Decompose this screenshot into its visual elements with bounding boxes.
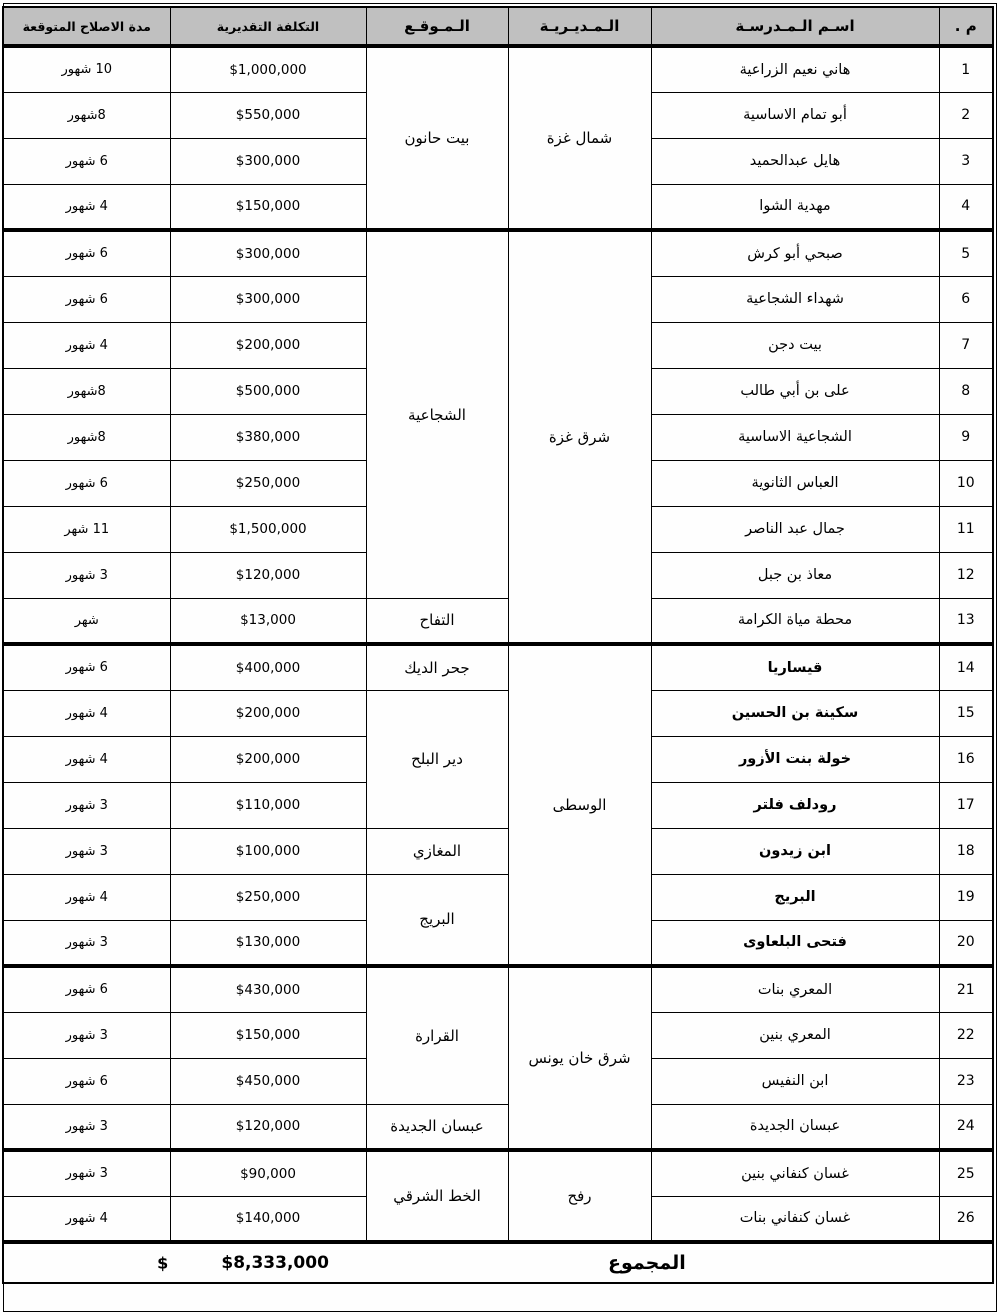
repair-duration-cell: 4 شهور bbox=[3, 874, 170, 920]
row-number-cell: 23 bbox=[939, 1058, 993, 1104]
school-name-cell: جمال عبد الناصر bbox=[651, 506, 939, 552]
estimated-cost-cell: $430,000 bbox=[170, 966, 366, 1012]
row-number-cell: 20 bbox=[939, 920, 993, 966]
estimated-cost-cell: $90,000 bbox=[170, 1150, 366, 1196]
directorate-cell: الوسطى bbox=[508, 644, 651, 966]
estimated-cost-cell: $120,000 bbox=[170, 1104, 366, 1150]
repair-duration-cell: 6 شهور bbox=[3, 230, 170, 276]
directorate-cell: شرق غزة bbox=[508, 230, 651, 644]
row-number-cell: 2 bbox=[939, 92, 993, 138]
directorate-cell: شرق خان يونس bbox=[508, 966, 651, 1150]
row-number-cell: 21 bbox=[939, 966, 993, 1012]
row-number-cell: 25 bbox=[939, 1150, 993, 1196]
estimated-cost-cell: $200,000 bbox=[170, 690, 366, 736]
repair-duration-cell: 3 شهور bbox=[3, 1012, 170, 1058]
estimated-cost-cell: $130,000 bbox=[170, 920, 366, 966]
repair-duration-cell: 6 شهور bbox=[3, 276, 170, 322]
estimated-cost-cell: $100,000 bbox=[170, 828, 366, 874]
school-name-cell: هايل عبدالحميد bbox=[651, 138, 939, 184]
header-repair-duration: مدة الاصلاح المتوقعة bbox=[3, 7, 170, 46]
table-row: 25غسان كنفاني بنينرفحالخط الشرقي$90,0003… bbox=[3, 1150, 993, 1196]
school-name-cell: أبو تمام الاساسية bbox=[651, 92, 939, 138]
repair-duration-cell: 6 شهور bbox=[3, 644, 170, 690]
estimated-cost-cell: $300,000 bbox=[170, 230, 366, 276]
school-name-cell: بيت دجن bbox=[651, 322, 939, 368]
repair-duration-cell: شهر bbox=[3, 598, 170, 644]
totals-cell: المجموع $8,333,000 $ bbox=[3, 1242, 993, 1283]
table-row: 1هاني نعيم الزراعيةشمال غزةبيت حانون$1,0… bbox=[3, 46, 993, 92]
estimated-cost-cell: $120,000 bbox=[170, 552, 366, 598]
row-number-cell: 9 bbox=[939, 414, 993, 460]
header-directorate: الـمـديـريـة bbox=[508, 7, 651, 46]
estimated-cost-cell: $140,000 bbox=[170, 1196, 366, 1242]
header-location: الـمـوقـع bbox=[366, 7, 508, 46]
school-name-cell: صبحي أبو كرش bbox=[651, 230, 939, 276]
location-cell: دير البلح bbox=[366, 690, 508, 828]
totals-amount: $8,333,000 bbox=[221, 1253, 329, 1273]
school-name-cell: الشجاعية الاساسية bbox=[651, 414, 939, 460]
totals-label: المجموع bbox=[608, 1252, 686, 1274]
estimated-cost-cell: $400,000 bbox=[170, 644, 366, 690]
school-name-cell: مهدية الشوا bbox=[651, 184, 939, 230]
repair-duration-cell: 6 شهور bbox=[3, 138, 170, 184]
row-number-cell: 26 bbox=[939, 1196, 993, 1242]
row-number-cell: 13 bbox=[939, 598, 993, 644]
location-cell: بيت حانون bbox=[366, 46, 508, 230]
totals-currency-sign: $ bbox=[157, 1254, 168, 1273]
header-estimated-cost: التكلفة التقديرية bbox=[170, 7, 366, 46]
repair-duration-cell: 4 شهور bbox=[3, 184, 170, 230]
table-row: 24عبسان الجديدةعبسان الجديدة$120,0003 شه… bbox=[3, 1104, 993, 1150]
estimated-cost-cell: $13,000 bbox=[170, 598, 366, 644]
row-number-cell: 16 bbox=[939, 736, 993, 782]
totals-row: المجموع $8,333,000 $ bbox=[3, 1242, 993, 1283]
estimated-cost-cell: $250,000 bbox=[170, 460, 366, 506]
repair-duration-cell: 3 شهور bbox=[3, 828, 170, 874]
estimated-cost-cell: $200,000 bbox=[170, 322, 366, 368]
school-name-cell: محطة مياة الكرامة bbox=[651, 598, 939, 644]
repair-duration-cell: 3 شهور bbox=[3, 1104, 170, 1150]
repair-duration-cell: 10 شهور bbox=[3, 46, 170, 92]
location-cell: جحر الديك bbox=[366, 644, 508, 690]
repair-duration-cell: 3 شهور bbox=[3, 552, 170, 598]
school-name-cell: ابن النفيس bbox=[651, 1058, 939, 1104]
repair-duration-cell: 4 شهور bbox=[3, 1196, 170, 1242]
repair-duration-cell: 8شهور bbox=[3, 92, 170, 138]
repair-duration-cell: 3 شهور bbox=[3, 920, 170, 966]
repair-duration-cell: 4 شهور bbox=[3, 736, 170, 782]
row-number-cell: 1 bbox=[939, 46, 993, 92]
school-name-cell: المعري بنات bbox=[651, 966, 939, 1012]
repair-duration-cell: 8شهور bbox=[3, 368, 170, 414]
estimated-cost-cell: $150,000 bbox=[170, 1012, 366, 1058]
estimated-cost-cell: $250,000 bbox=[170, 874, 366, 920]
row-number-cell: 5 bbox=[939, 230, 993, 276]
table-row: 13محطة مياة الكرامةالتفاح$13,000شهر bbox=[3, 598, 993, 644]
school-name-cell: رودلف فلتر bbox=[651, 782, 939, 828]
repair-duration-cell: 3 شهور bbox=[3, 1150, 170, 1196]
estimated-cost-cell: $550,000 bbox=[170, 92, 366, 138]
schools-damage-report-page: م . اسـم الـمـدرسـة الـمـديـريـة الـمـوق… bbox=[0, 0, 1000, 1315]
repair-duration-cell: 8شهور bbox=[3, 414, 170, 460]
location-cell: القرارة bbox=[366, 966, 508, 1104]
row-number-cell: 12 bbox=[939, 552, 993, 598]
school-name-cell: على بن أبي طالب bbox=[651, 368, 939, 414]
school-name-cell: هاني نعيم الزراعية bbox=[651, 46, 939, 92]
row-number-cell: 11 bbox=[939, 506, 993, 552]
school-name-cell: ابن زيدون bbox=[651, 828, 939, 874]
school-name-cell: عبسان الجديدة bbox=[651, 1104, 939, 1150]
school-name-cell: البريج bbox=[651, 874, 939, 920]
row-number-cell: 3 bbox=[939, 138, 993, 184]
estimated-cost-cell: $1,500,000 bbox=[170, 506, 366, 552]
row-number-cell: 4 bbox=[939, 184, 993, 230]
location-cell: المغازي bbox=[366, 828, 508, 874]
row-number-cell: 14 bbox=[939, 644, 993, 690]
row-number-cell: 18 bbox=[939, 828, 993, 874]
row-number-cell: 15 bbox=[939, 690, 993, 736]
table-row: 5صبحي أبو كرششرق غزةالشجاعية$300,0006 شه… bbox=[3, 230, 993, 276]
table-outer-frame: م . اسـم الـمـدرسـة الـمـديـريـة الـمـوق… bbox=[3, 3, 997, 1312]
estimated-cost-cell: $200,000 bbox=[170, 736, 366, 782]
table-row: 15سكينة بن الحسيندير البلح$200,0004 شهور bbox=[3, 690, 993, 736]
location-cell: البريج bbox=[366, 874, 508, 966]
estimated-cost-cell: $300,000 bbox=[170, 138, 366, 184]
row-number-cell: 8 bbox=[939, 368, 993, 414]
row-number-cell: 22 bbox=[939, 1012, 993, 1058]
header-school-name: اسـم الـمـدرسـة bbox=[651, 7, 939, 46]
estimated-cost-cell: $500,000 bbox=[170, 368, 366, 414]
estimated-cost-cell: $380,000 bbox=[170, 414, 366, 460]
repair-duration-cell: 6 شهور bbox=[3, 966, 170, 1012]
school-name-cell: قيساريا bbox=[651, 644, 939, 690]
repair-duration-cell: 4 شهور bbox=[3, 322, 170, 368]
estimated-cost-cell: $450,000 bbox=[170, 1058, 366, 1104]
table-row: 19البريجالبريج$250,0004 شهور bbox=[3, 874, 993, 920]
location-cell: التفاح bbox=[366, 598, 508, 644]
school-name-cell: العباس الثانوية bbox=[651, 460, 939, 506]
school-name-cell: سكينة بن الحسين bbox=[651, 690, 939, 736]
repair-duration-cell: 3 شهور bbox=[3, 782, 170, 828]
table-header-row: م . اسـم الـمـدرسـة الـمـديـريـة الـمـوق… bbox=[3, 7, 993, 46]
school-name-cell: فتحى البلعاوى bbox=[651, 920, 939, 966]
repair-duration-cell: 6 شهور bbox=[3, 1058, 170, 1104]
schools-damage-table: م . اسـم الـمـدرسـة الـمـديـريـة الـمـوق… bbox=[2, 6, 994, 1284]
table-row: 21المعري بناتشرق خان يونسالقرارة$430,000… bbox=[3, 966, 993, 1012]
row-number-cell: 17 bbox=[939, 782, 993, 828]
school-name-cell: غسان كنفاني بنات bbox=[651, 1196, 939, 1242]
estimated-cost-cell: $150,000 bbox=[170, 184, 366, 230]
school-name-cell: شهداء الشجاعية bbox=[651, 276, 939, 322]
row-number-cell: 7 bbox=[939, 322, 993, 368]
header-serial-number: م . bbox=[939, 7, 993, 46]
estimated-cost-cell: $110,000 bbox=[170, 782, 366, 828]
table-row: 14قيسارياالوسطىجحر الديك$400,0006 شهور bbox=[3, 644, 993, 690]
directorate-cell: رفح bbox=[508, 1150, 651, 1242]
location-cell: الخط الشرقي bbox=[366, 1150, 508, 1242]
location-cell: عبسان الجديدة bbox=[366, 1104, 508, 1150]
table-body: 1هاني نعيم الزراعيةشمال غزةبيت حانون$1,0… bbox=[3, 46, 993, 1242]
location-cell: الشجاعية bbox=[366, 230, 508, 598]
table-row: 18ابن زيدونالمغازي$100,0003 شهور bbox=[3, 828, 993, 874]
repair-duration-cell: 11 شهر bbox=[3, 506, 170, 552]
repair-duration-cell: 6 شهور bbox=[3, 460, 170, 506]
school-name-cell: المعري بنين bbox=[651, 1012, 939, 1058]
school-name-cell: معاذ بن جبل bbox=[651, 552, 939, 598]
school-name-cell: خولة بنت الأزور bbox=[651, 736, 939, 782]
estimated-cost-cell: $1,000,000 bbox=[170, 46, 366, 92]
estimated-cost-cell: $300,000 bbox=[170, 276, 366, 322]
repair-duration-cell: 4 شهور bbox=[3, 690, 170, 736]
row-number-cell: 10 bbox=[939, 460, 993, 506]
row-number-cell: 6 bbox=[939, 276, 993, 322]
row-number-cell: 24 bbox=[939, 1104, 993, 1150]
directorate-cell: شمال غزة bbox=[508, 46, 651, 230]
school-name-cell: غسان كنفاني بنين bbox=[651, 1150, 939, 1196]
row-number-cell: 19 bbox=[939, 874, 993, 920]
